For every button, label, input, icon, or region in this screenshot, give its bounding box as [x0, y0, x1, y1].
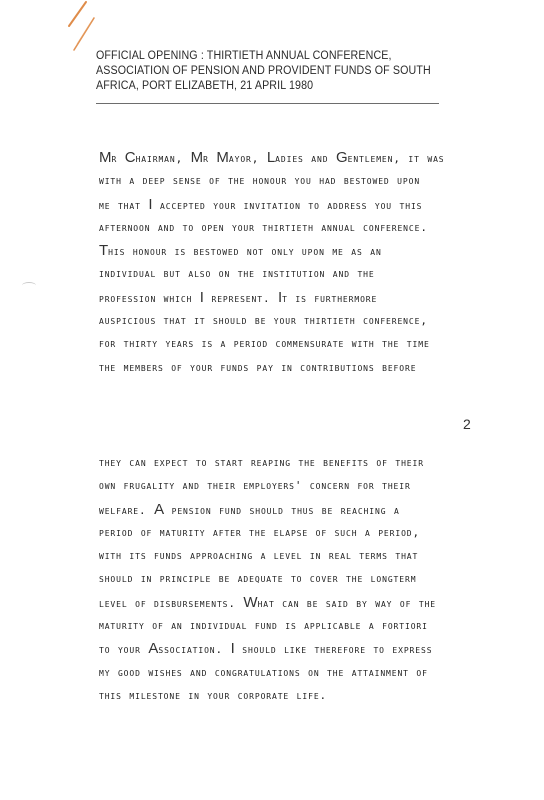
paragraph-2: they can expect to start reaping the ben…	[99, 451, 436, 707]
paragraph-1: Mr Chairman, Mr Mayor, Ladies and Gentle…	[99, 146, 445, 379]
heading-underline	[96, 103, 439, 104]
heading-line: OFFICIAL OPENING : THIRTIETH ANNUAL CONF…	[96, 48, 410, 63]
heading-line: ASSOCIATION OF PENSION AND PROVIDENT FUN…	[96, 63, 410, 78]
text-line: maturity of an individual fund is applic…	[99, 614, 436, 637]
document-page: OFFICIAL OPENING : THIRTIETH ANNUAL CONF…	[0, 0, 544, 800]
text-line: auspicious that it should be your thirti…	[99, 309, 445, 332]
text-line: This honour is bestowed not only upon me…	[99, 239, 445, 262]
text-line: own frugality and their employers' conce…	[99, 474, 436, 497]
text-line: for thirty years is a period commensurat…	[99, 332, 445, 355]
document-heading: OFFICIAL OPENING : THIRTIETH ANNUAL CONF…	[96, 48, 410, 93]
text-line: with a deep sense of the honour you had …	[99, 169, 445, 192]
text-line: period of maturity after the elapse of s…	[99, 521, 436, 544]
text-line: to your Association. I should like there…	[99, 637, 436, 660]
text-line: me that I accepted your invitation to ad…	[99, 193, 445, 216]
heading-line: AFRICA, PORT ELIZABETH, 21 APRIL 1980	[96, 78, 410, 93]
text-line: this milestone in your corporate life.	[99, 684, 436, 707]
text-line: with its funds approaching a level in re…	[99, 544, 436, 567]
text-line: welfare. A pension fund should thus be r…	[99, 498, 436, 521]
text-line: Mr Chairman, Mr Mayor, Ladies and Gentle…	[99, 146, 445, 169]
margin-mark	[22, 282, 36, 289]
text-line: individual but also on the institution a…	[99, 262, 445, 285]
text-line: the members of your funds pay in contrib…	[99, 356, 445, 379]
text-line: profession which I represent. It is furt…	[99, 286, 445, 309]
text-line: level of disbursements. What can be said…	[99, 591, 436, 614]
text-line: afternoon and to open your thirtieth ann…	[99, 216, 445, 239]
text-line: should in principle be adequate to cover…	[99, 567, 436, 590]
text-line: they can expect to start reaping the ben…	[99, 451, 436, 474]
text-line: my good wishes and congratulations on th…	[99, 661, 436, 684]
page-number: 2	[463, 416, 471, 432]
